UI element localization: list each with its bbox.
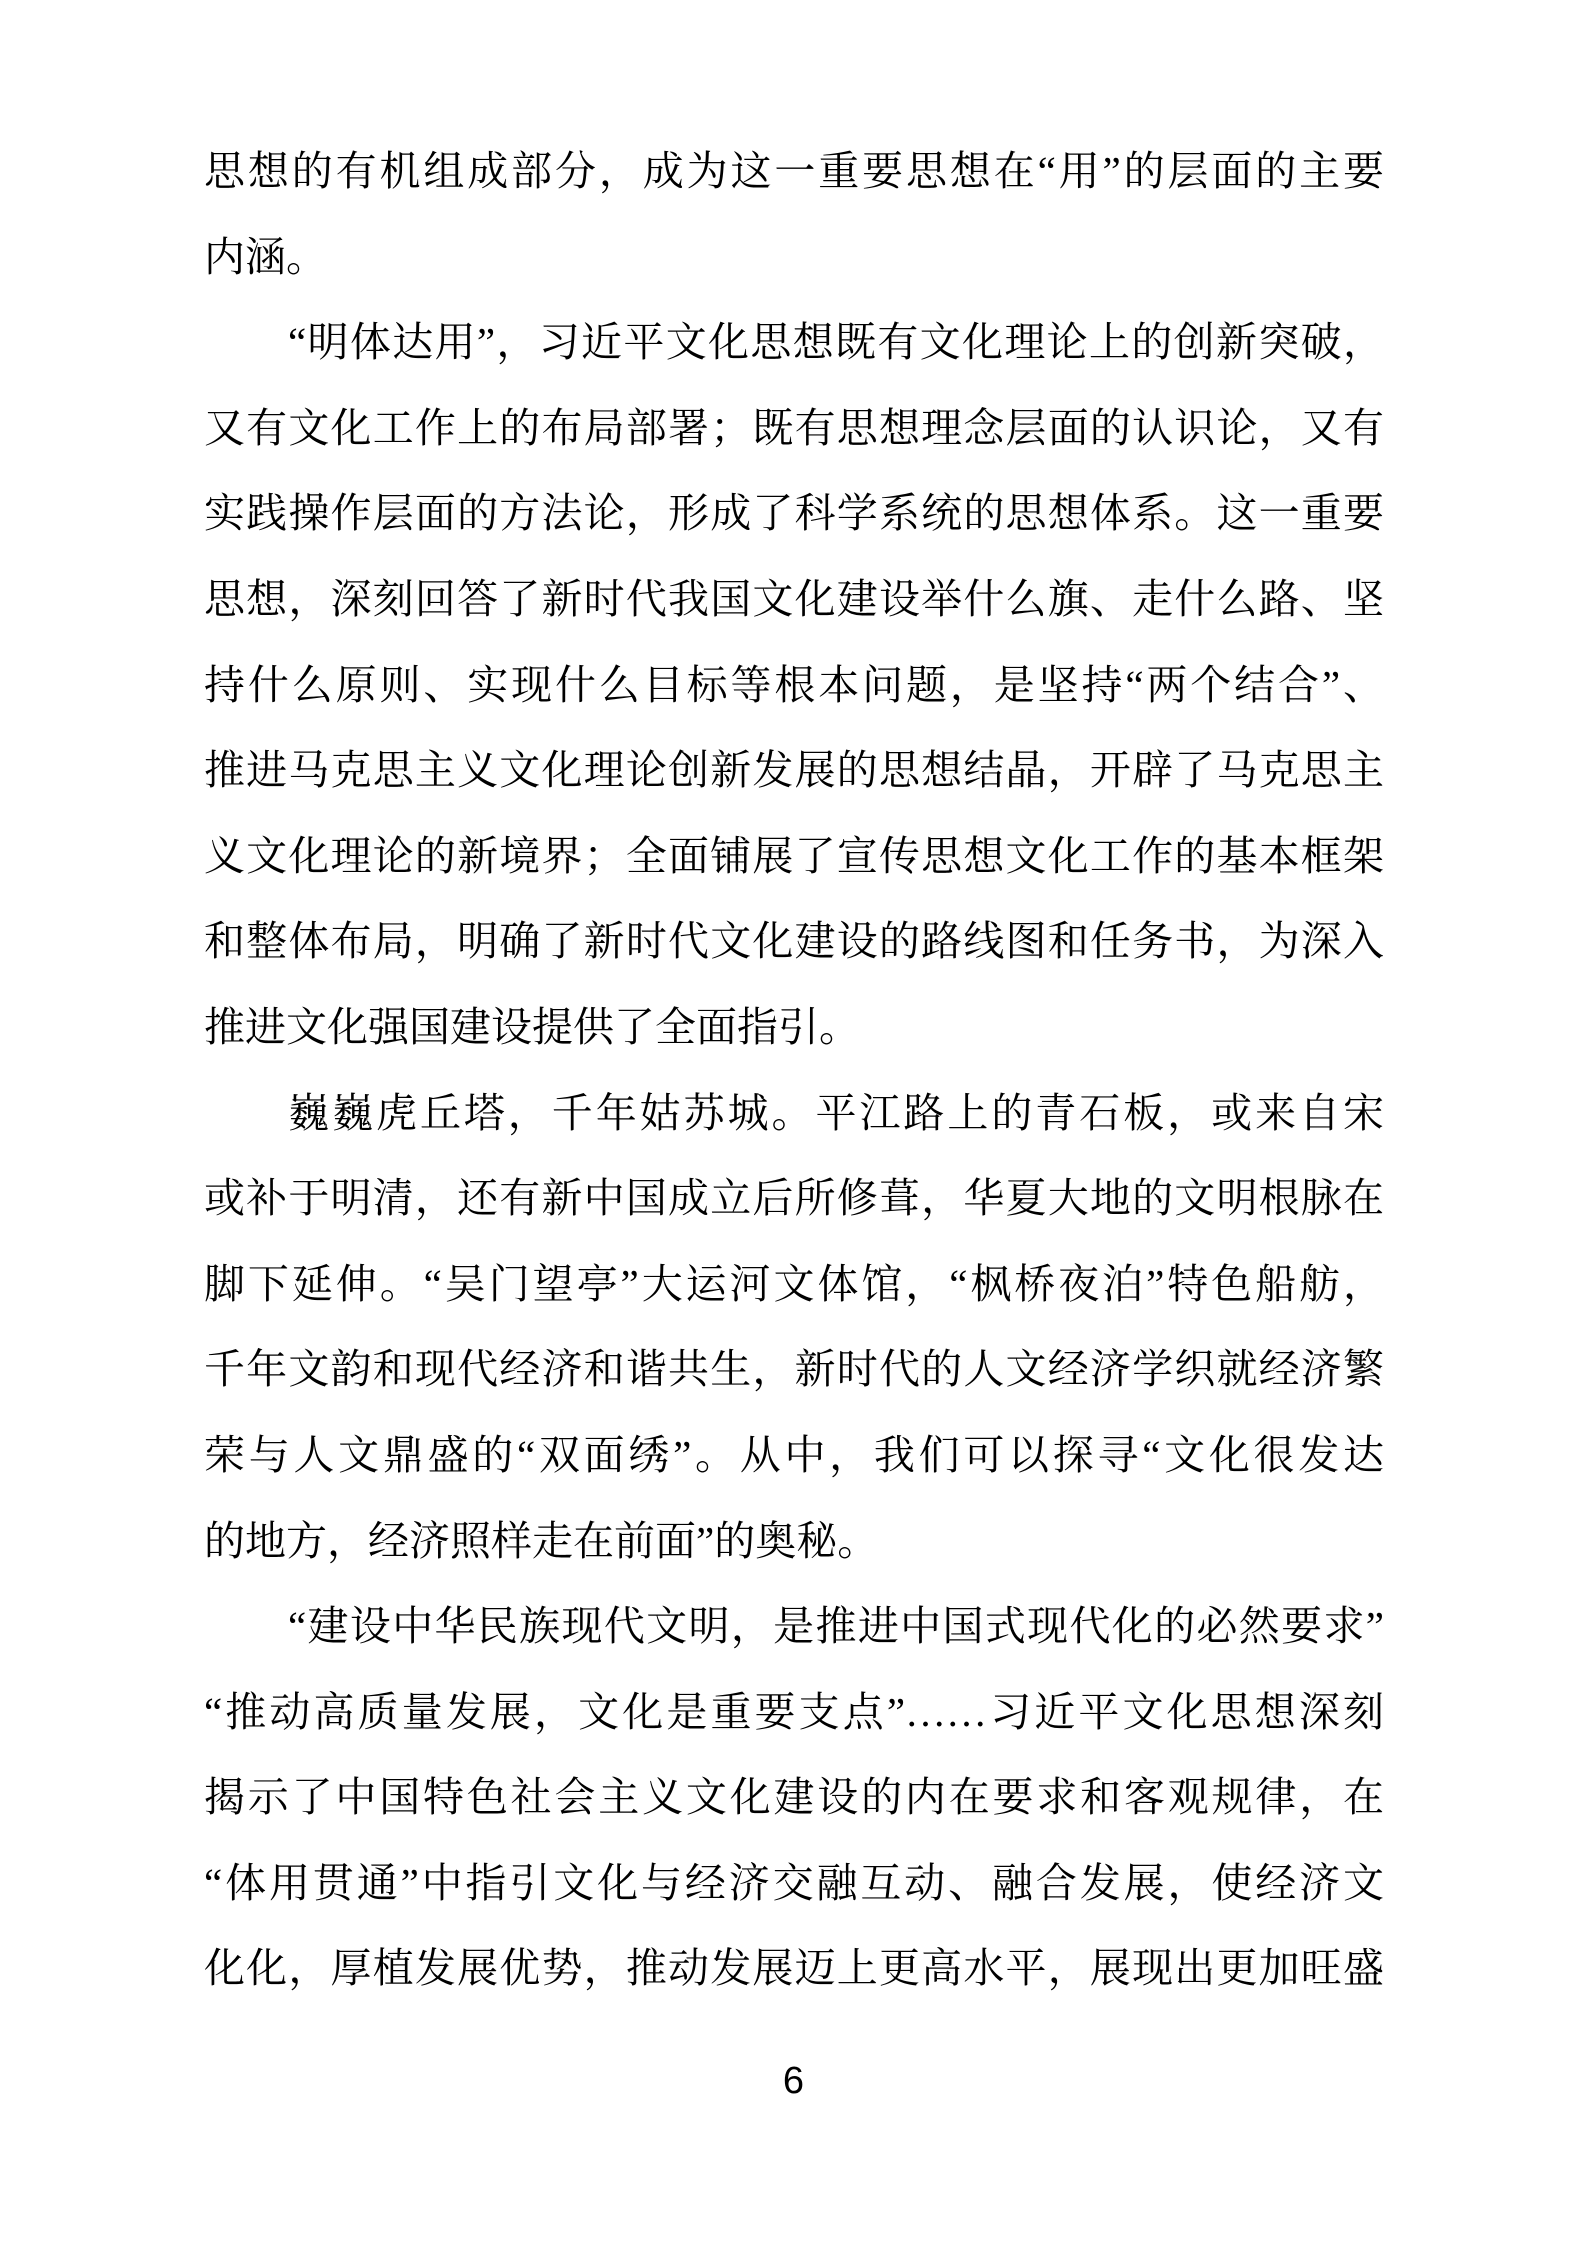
text-line: 和整体布局，明确了新时代文化建设的路线图和任务书，为深入 (204, 899, 1384, 985)
text-line: 脚下延伸。“吴门望亭”大运河文体馆，“枫桥夜泊”特色船舫， (204, 1242, 1384, 1328)
paragraph: 巍巍虎丘塔，千年姑苏城。平江路上的青石板，或来自宋元， 或补于明清，还有新中国成… (204, 1071, 1384, 1585)
text-line: “明体达用”，习近平文化思想既有文化理论上的创新突破， (204, 300, 1384, 386)
text-line: 又有文化工作上的布局部署；既有思想理念层面的认识论，又有 (204, 386, 1384, 472)
text-line: 推进马克思主义文化理论创新发展的思想结晶，开辟了马克思主 (204, 728, 1384, 814)
page-number: 6 (0, 2062, 1587, 2100)
document-body: 思想的有机组成部分，成为这一重要思想在“用”的层面的主要 内涵。 “明体达用”，… (204, 129, 1384, 2012)
paragraph: “建设中华民族现代文明，是推进中国式现代化的必然要求” “推动高质量发展，文化是… (204, 1584, 1384, 2012)
paragraph: “明体达用”，习近平文化思想既有文化理论上的创新突破， 又有文化工作上的布局部署… (204, 300, 1384, 1070)
text-line: “推动高质量发展，文化是重要支点”……习近平文化思想深刻 (204, 1670, 1384, 1756)
text-line: “建设中华民族现代文明，是推进中国式现代化的必然要求” (204, 1584, 1384, 1670)
paragraph: 思想的有机组成部分，成为这一重要思想在“用”的层面的主要 内涵。 (204, 129, 1384, 300)
text-line: 的地方，经济照样走在前面”的奥秘。 (204, 1499, 1384, 1585)
text-line: 义文化理论的新境界；全面铺展了宣传思想文化工作的基本框架 (204, 814, 1384, 900)
text-line: 千年文韵和现代经济和谐共生，新时代的人文经济学织就经济繁 (204, 1327, 1384, 1413)
text-line: 思想的有机组成部分，成为这一重要思想在“用”的层面的主要 (204, 129, 1384, 215)
document-page: 思想的有机组成部分，成为这一重要思想在“用”的层面的主要 内涵。 “明体达用”，… (0, 0, 1587, 2245)
text-line: 荣与人文鼎盛的“双面绣”。从中，我们可以探寻“文化很发达 (204, 1413, 1384, 1499)
text-line: 或补于明清，还有新中国成立后所修葺，华夏大地的文明根脉在 (204, 1156, 1384, 1242)
text-line: 化化，厚植发展优势，推动发展迈上更高水平，展现出更加旺盛 (204, 1926, 1384, 2012)
text-line: 内涵。 (204, 215, 1384, 301)
text-line: 推进文化强国建设提供了全面指引。 (204, 985, 1384, 1071)
text-line: 巍巍虎丘塔，千年姑苏城。平江路上的青石板，或来自宋元， (204, 1071, 1384, 1157)
text-line: “体用贯通”中指引文化与经济交融互动、融合发展，使经济文 (204, 1841, 1384, 1927)
text-line: 思想，深刻回答了新时代我国文化建设举什么旗、走什么路、坚 (204, 557, 1384, 643)
text-line: 实践操作层面的方法论，形成了科学系统的思想体系。这一重要 (204, 471, 1384, 557)
text-line: 持什么原则、实现什么目标等根本问题，是坚持“两个结合”、 (204, 643, 1384, 729)
text-line: 揭示了中国特色社会主义文化建设的内在要求和客观规律，在 (204, 1755, 1384, 1841)
